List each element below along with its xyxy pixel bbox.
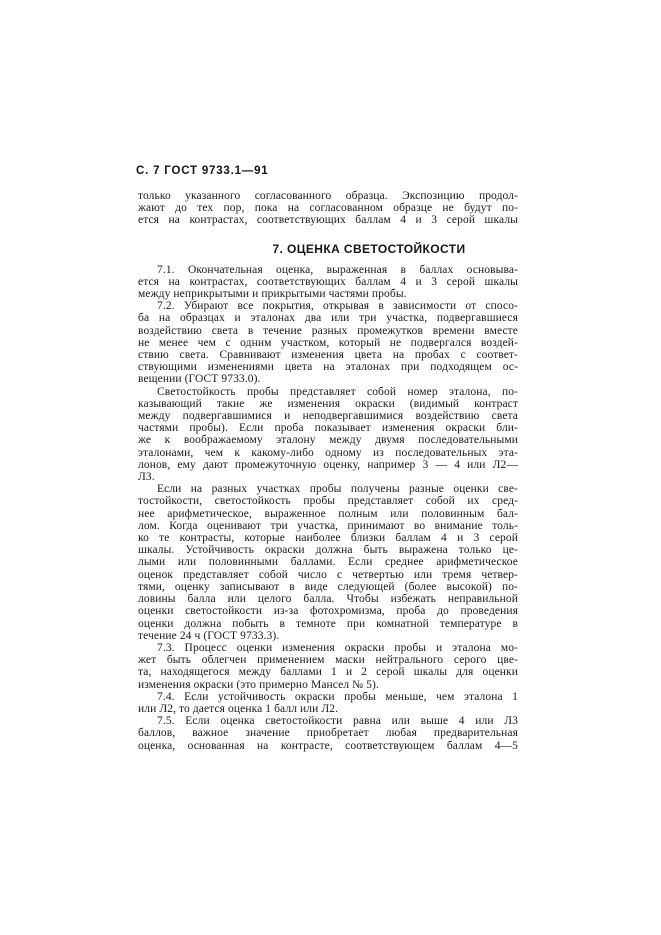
text-line: оценок представляет собой число с четвер… bbox=[138, 569, 518, 581]
text-line: ствию света. Сравнивают изменения цвета … bbox=[138, 349, 518, 361]
text-line: частями пробы). Если проба показывает из… bbox=[138, 422, 518, 434]
text-line: вещении (ГОСТ 9733.0). bbox=[138, 373, 518, 385]
text-line: Светостойкость пробы представляет собой … bbox=[138, 386, 518, 398]
text-line: 7.3. Процесс оценки изменения окраски пр… bbox=[138, 642, 518, 654]
text-line: 7.1. Окончательная оценка, выраженная в … bbox=[138, 264, 518, 276]
text-line: лыми или половинными баллами. Если средн… bbox=[138, 556, 518, 568]
text-line: лом. Когда оценивают три участка, приним… bbox=[138, 520, 518, 532]
text-line: ловины балла или целого балла. Чтобы изб… bbox=[138, 593, 518, 605]
text-line: 7.2. Убирают все покрытия, открывая в за… bbox=[138, 300, 518, 312]
text-line: же к воображаемому эталону между двумя п… bbox=[138, 434, 518, 446]
text-line: нее арифметическое, выраженное полным ил… bbox=[138, 508, 518, 520]
paragraph: 7.3. Процесс оценки изменения окраски пр… bbox=[138, 642, 518, 691]
page-header: С. 7 ГОСТ 9733.1—91 bbox=[136, 165, 269, 177]
text-line: воздействию света в течение разных проме… bbox=[138, 325, 518, 337]
document-page: С. 7 ГОСТ 9733.1—91 только указанного со… bbox=[0, 0, 661, 935]
text-line: оценки должна побыть в темноте при комна… bbox=[138, 618, 518, 630]
text-line: только указанного согласованного образца… bbox=[138, 190, 518, 202]
section-heading: 7. ОЦЕНКА СВЕТОСТОЙКОСТИ bbox=[179, 243, 559, 255]
text-line: изменения окраски (это примерно Мансел №… bbox=[138, 679, 518, 691]
text-line: шкалы. Устойчивость окраски должна быть … bbox=[138, 544, 518, 556]
text-line: тостойкости, светостойкость пробы предст… bbox=[138, 495, 518, 507]
text-line: Л3. bbox=[138, 471, 518, 483]
text-line: ется на контрастах, соответствующих балл… bbox=[138, 276, 518, 288]
text-line: жают до тех пор, пока на согласованном о… bbox=[138, 202, 518, 214]
paragraph: Светостойкость пробы представляет собой … bbox=[138, 386, 518, 484]
text-line: лонов, ему дают промежуточную оценку, на… bbox=[138, 459, 518, 471]
paragraph: 7.2. Убирают все покрытия, открывая в за… bbox=[138, 300, 518, 385]
paragraph: 7.1. Окончательная оценка, выраженная в … bbox=[138, 264, 518, 301]
text-line: ко те контрасты, которые наиболее близки… bbox=[138, 532, 518, 544]
body-text: только указанного согласованного образца… bbox=[138, 190, 518, 752]
text-line: Если на разных участках пробы получены р… bbox=[138, 483, 518, 495]
paragraph: Если на разных участках пробы получены р… bbox=[138, 483, 518, 642]
text-line: 7.5. Если оценка светостойкости равна ил… bbox=[138, 715, 518, 727]
text-line: тями, оценку записывают в виде следующей… bbox=[138, 581, 518, 593]
text-line: баллов, важное значение приобретает люба… bbox=[138, 727, 518, 739]
text-line: эталонами, чем к какому-либо одному из п… bbox=[138, 447, 518, 459]
text-line: оценка, основанная на контрасте, соответ… bbox=[138, 740, 518, 752]
text-line: оценки светостойкости из-за фотохромизма… bbox=[138, 605, 518, 617]
paragraph: 7.5. Если оценка светостойкости равна ил… bbox=[138, 715, 518, 752]
text-line: ба на образцах и эталонах два или три уч… bbox=[138, 312, 518, 324]
text-line: та, находящегося между баллами 1 и 2 сер… bbox=[138, 666, 518, 678]
paragraph: только указанного согласованного образца… bbox=[138, 190, 518, 227]
text-line: казывающий такие же изменения окраски (в… bbox=[138, 398, 518, 410]
paragraph: 7.4. Если устойчивость окраски пробы мен… bbox=[138, 691, 518, 715]
text-line: ется на контрастах, соответствующих балл… bbox=[138, 214, 518, 226]
text-line: течение 24 ч (ГОСТ 9733.3). bbox=[138, 630, 518, 642]
text-line: между подвергавшимися и неподвергавшимис… bbox=[138, 410, 518, 422]
text-line: ствующими изменениями цвета на эталонах … bbox=[138, 361, 518, 373]
text-line: жет быть облегчен применением маски нейт… bbox=[138, 654, 518, 666]
text-line: 7.4. Если устойчивость окраски пробы мен… bbox=[138, 691, 518, 703]
text-line: или Л2, то дается оценка 1 балл или Л2. bbox=[138, 703, 518, 715]
text-line: между неприкрытыми и прикрытыми частями … bbox=[138, 288, 518, 300]
text-line: не менее чем с одним участком, который н… bbox=[138, 337, 518, 349]
